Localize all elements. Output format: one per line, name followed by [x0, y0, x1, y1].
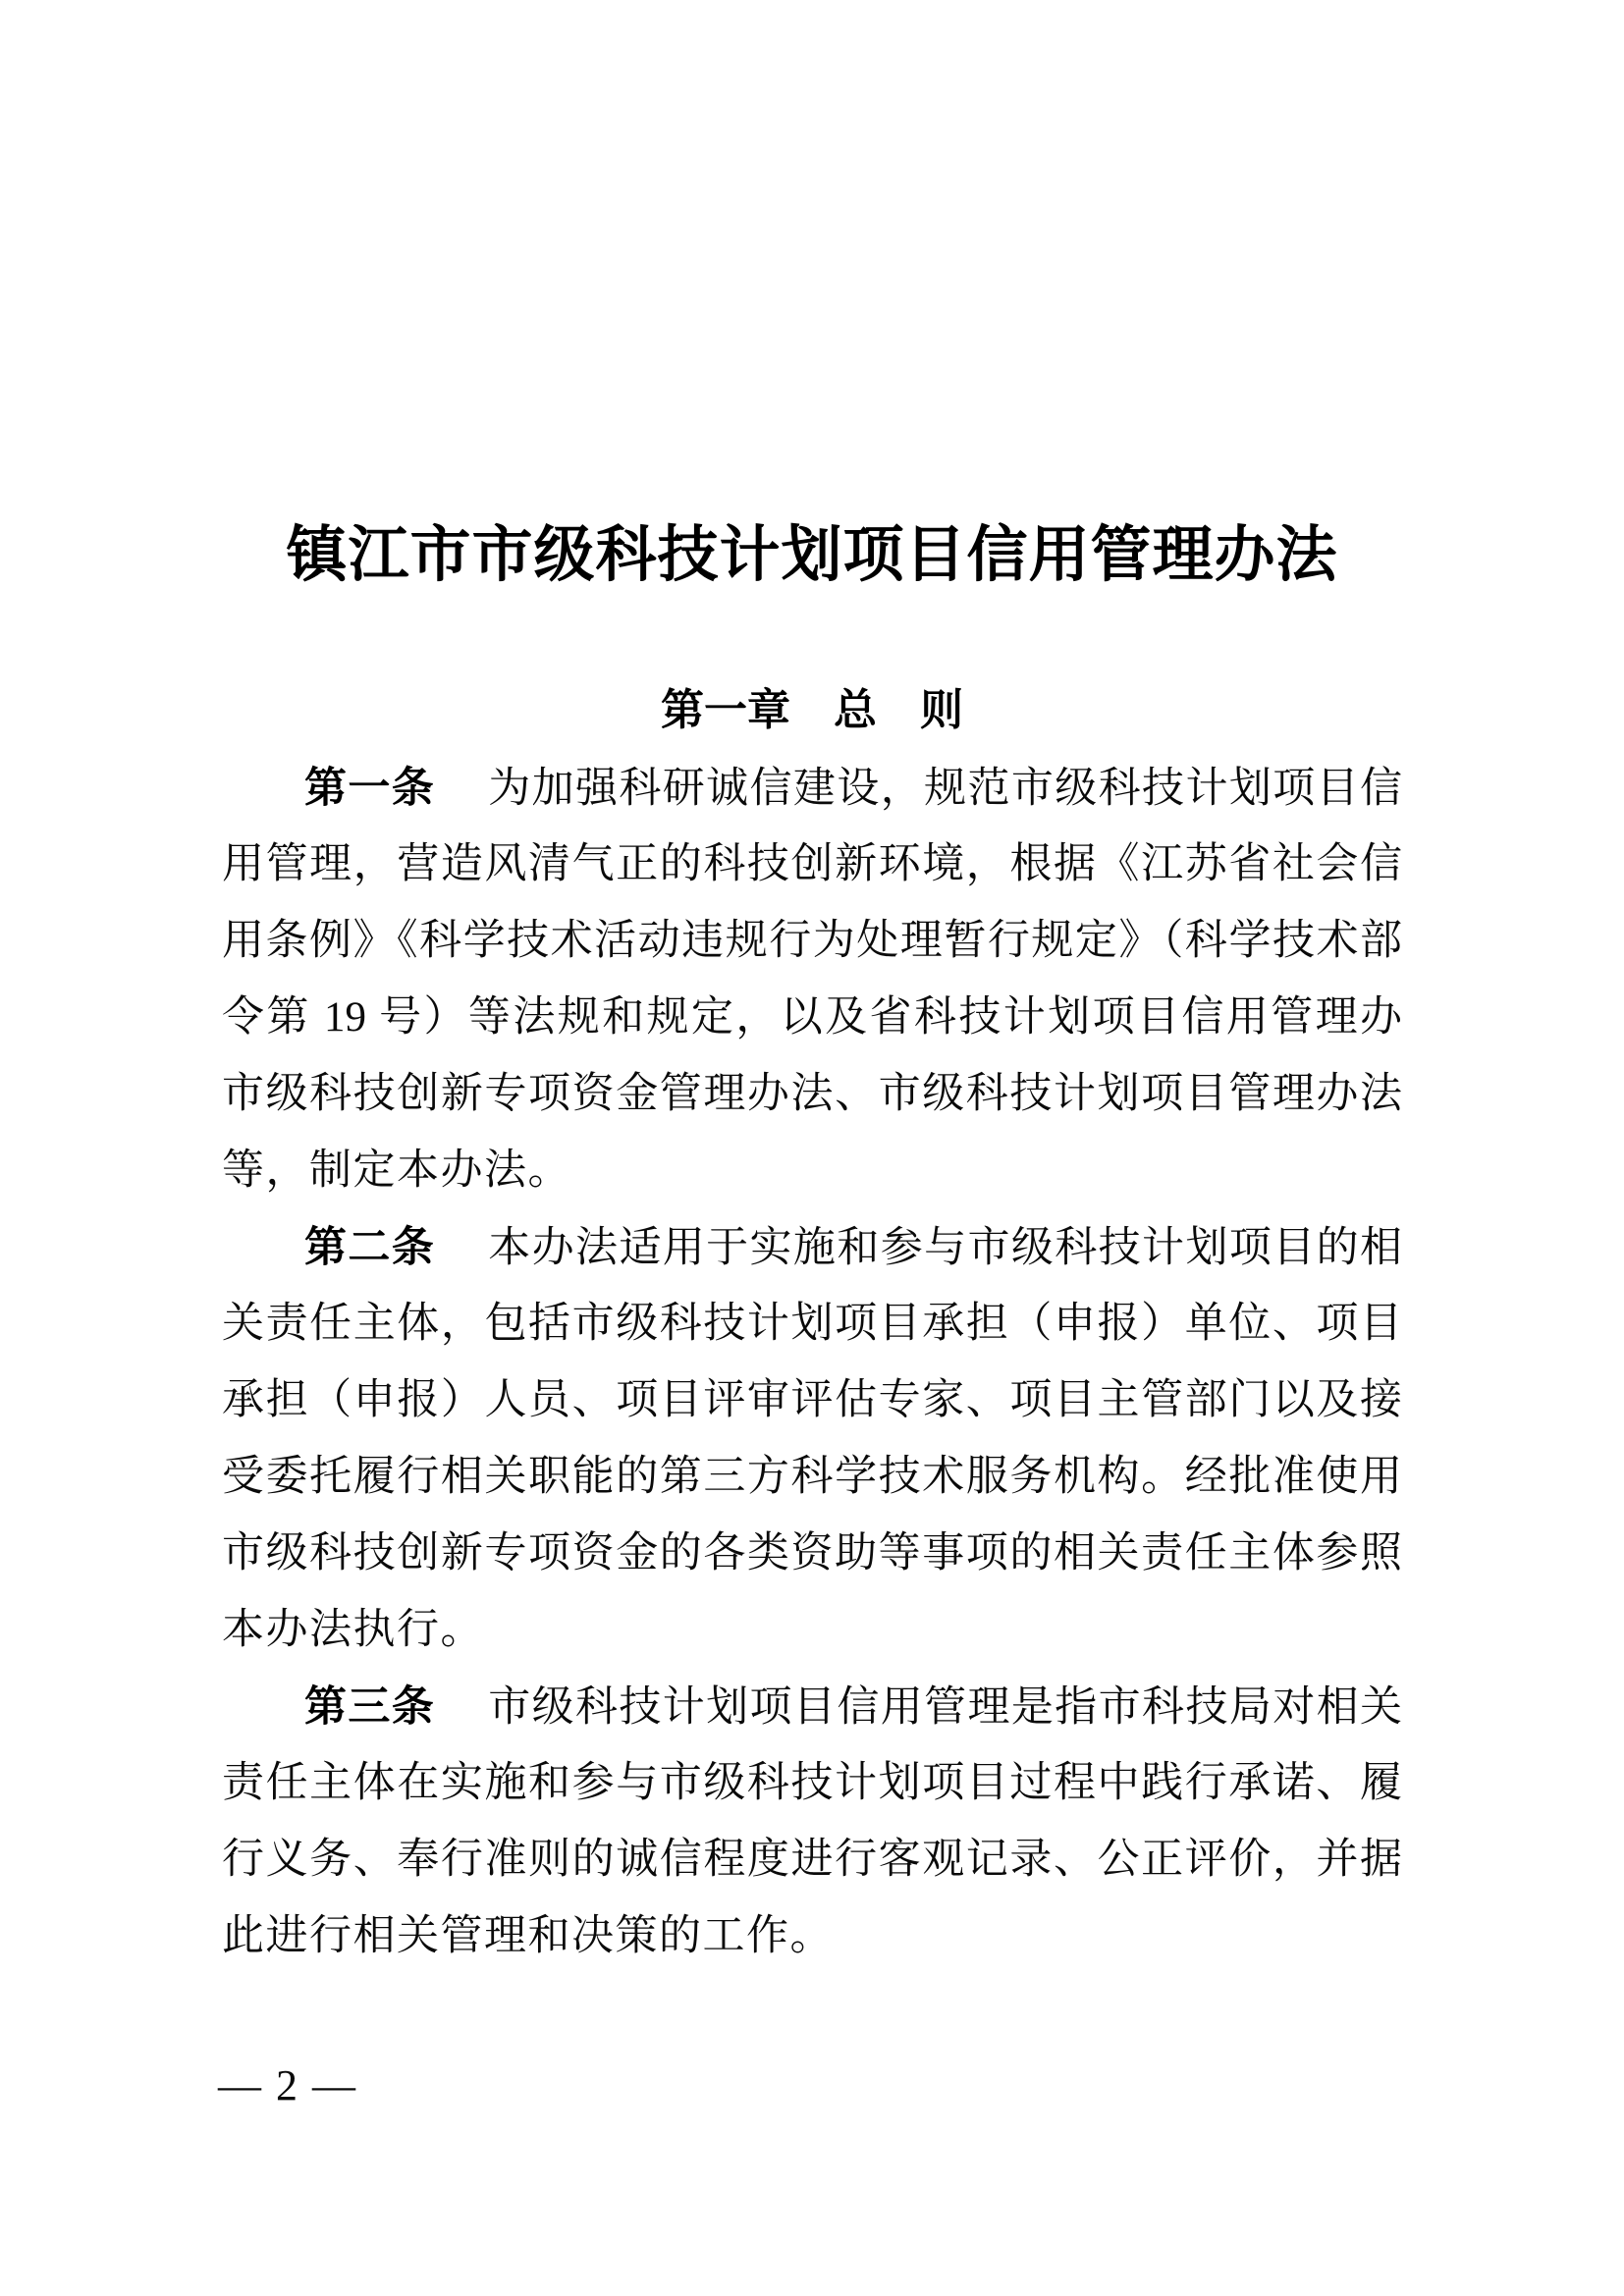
body-line: 关责任主体，包括市级科技计划项目承担（申报）单位、项目	[222, 1286, 1402, 1362]
body-line: 市级科技创新专项资金的各类资助等事项的相关责任主体参照	[222, 1516, 1402, 1592]
body-line: 受委托履行相关职能的第三方科学技术服务机构。经批准使用	[222, 1439, 1402, 1516]
body-line: 令第 19 号）等法规和规定，以及省科技计划项目信用管理办法、	[222, 980, 1402, 1056]
body-line: 用条例》《科学技术活动违规行为处理暂行规定》（科学技术部	[222, 903, 1402, 980]
article-lead: 第三条	[304, 1683, 435, 1731]
body-line: 承担（申报）人员、项目评审评估专家、项目主管部门以及接	[222, 1362, 1402, 1439]
document-title: 镇江市市级科技计划项目信用管理办法	[0, 523, 1624, 589]
body-line: 第一条为加强科研诚信建设，规范市级科技计划项目信	[222, 750, 1402, 827]
article-text: 为加强科研诚信建设，规范市级科技计划项目信	[488, 766, 1402, 812]
document-page: 镇江市市级科技计划项目信用管理办法 第一章总 则 第一条为加强科研诚信建设，规范…	[0, 0, 1624, 2296]
body-line: 责任主体在实施和参与市级科技计划项目过程中践行承诺、履	[222, 1745, 1402, 1822]
article-lead: 第二条	[304, 1224, 435, 1271]
article-body: 第一条为加强科研诚信建设，规范市级科技计划项目信用管理，营造风清气正的科技创新环…	[222, 750, 1402, 1975]
body-line: 等，制定本办法。	[222, 1133, 1402, 1209]
body-line: 行义务、奉行准则的诚信程度进行客观记录、公正评价，并据	[222, 1822, 1402, 1898]
body-line: 第三条市级科技计划项目信用管理是指市科技局对相关	[222, 1669, 1402, 1745]
chapter-number: 第一章	[661, 686, 790, 734]
page-number: — 2 —	[218, 2064, 357, 2108]
chapter-heading: 第一章总 则	[0, 688, 1624, 733]
article-text: 本办法适用于实施和参与市级科技计划项目的相	[488, 1225, 1402, 1271]
article-lead: 第一条	[304, 765, 435, 812]
body-line: 用管理，营造风清气正的科技创新环境，根据《江苏省社会信	[222, 827, 1402, 903]
body-line: 此进行相关管理和决策的工作。	[222, 1898, 1402, 1975]
article-text: 市级科技计划项目信用管理是指市科技局对相关	[488, 1684, 1402, 1731]
body-line: 第二条本办法适用于实施和参与市级科技计划项目的相	[222, 1209, 1402, 1286]
body-line: 市级科技创新专项资金管理办法、市级科技计划项目管理办法	[222, 1056, 1402, 1133]
body-line: 本办法执行。	[222, 1592, 1402, 1669]
chapter-name: 总 则	[834, 686, 963, 734]
